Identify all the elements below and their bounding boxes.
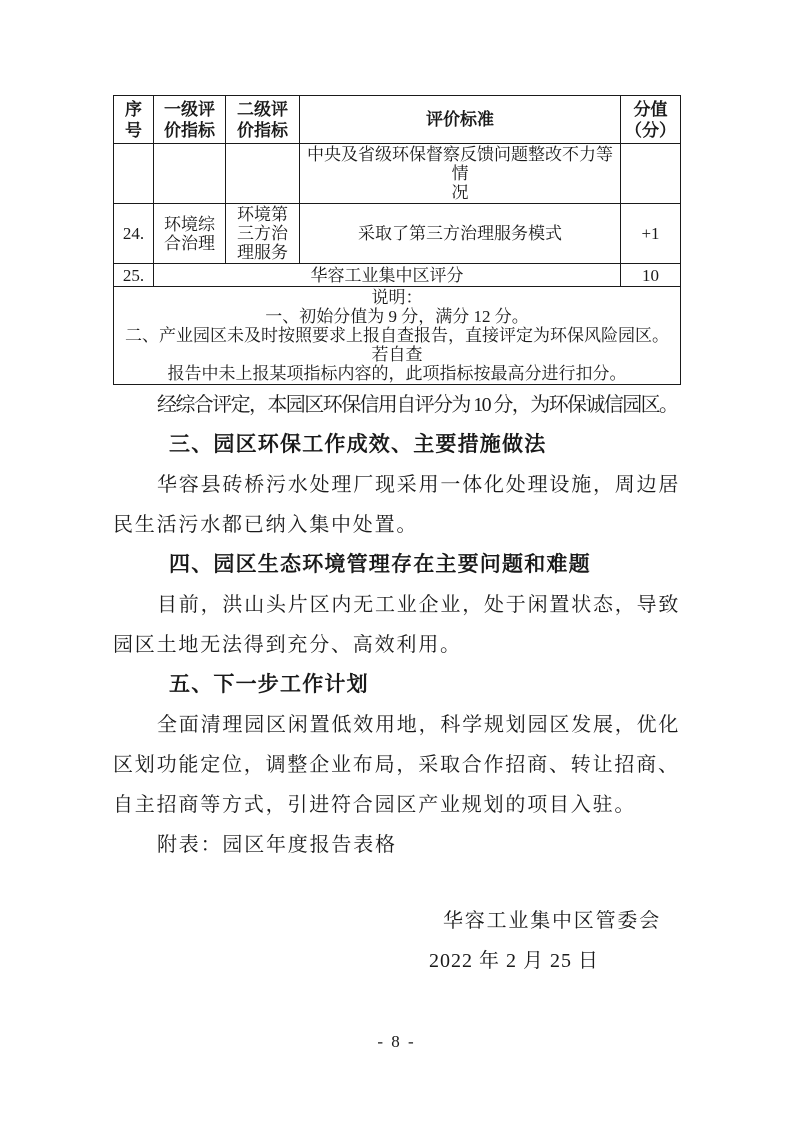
attachment-line: 附表：园区年度报告表格 — [113, 825, 680, 865]
table-header-row: 序 号 一级评 价指标 二级评 价指标 评价标准 分值 （分） — [114, 96, 681, 144]
header-level1: 一级评 价指标 — [154, 96, 226, 144]
header-criteria: 评价标准 — [300, 96, 621, 144]
section-heading-5: 五、下一步工作计划 — [113, 665, 680, 705]
section-heading-4: 四、园区生态环境管理存在主要问题和难题 — [113, 545, 680, 585]
section-text-4: 目前，洪山头片区内无工业企业，处于闲置状态，导致 园区土地无法得到充分、高效利用… — [113, 585, 680, 665]
cell-criteria: 中央及省级环保督察反馈问题整改不力等情 况 — [300, 144, 621, 204]
section-text-5: 全面清理园区闲置低效用地，科学规划园区发展，优化 区划功能定位，调整企业布局，采… — [113, 705, 680, 825]
section-heading-3: 三、园区环保工作成效、主要措施做法 — [113, 425, 680, 465]
cell-level2 — [226, 144, 300, 204]
summary-paragraph: 经综合评定，本园区环保信用自评分为 10 分，为环保诚信园区。 — [113, 385, 680, 425]
cell-criteria-merged: 华容工业集中区评分 — [154, 264, 621, 287]
cell-score: 10 — [621, 264, 681, 287]
cell-level1 — [154, 144, 226, 204]
table-row: 24. 环境综 合治理 环境第 三方治 理服务 采取了第三方治理服务模式 +1 — [114, 204, 681, 264]
header-no: 序 号 — [114, 96, 154, 144]
table-notes-row: 说明： 一、初始分值为 9 分，满分 12 分。 二、产业园区未及时按照要求上报… — [114, 287, 681, 385]
cell-no: 24. — [114, 204, 154, 264]
evaluation-table: 序 号 一级评 价指标 二级评 价指标 评价标准 分值 （分） 中央及省级环保督… — [113, 95, 681, 385]
cell-level1: 环境综 合治理 — [154, 204, 226, 264]
cell-score — [621, 144, 681, 204]
document-page: 序 号 一级评 价指标 二级评 价指标 评价标准 分值 （分） 中央及省级环保督… — [0, 0, 793, 1122]
table-row: 25. 华容工业集中区评分 10 — [114, 264, 681, 287]
cell-no — [114, 144, 154, 204]
signature-date: 2022 年 2 月 25 日 — [113, 941, 680, 981]
header-score: 分值 （分） — [621, 96, 681, 144]
signature-org: 华容工业集中区管委会 — [113, 901, 680, 941]
cell-level2: 环境第 三方治 理服务 — [226, 204, 300, 264]
cell-score: +1 — [621, 204, 681, 264]
signature-block: 华容工业集中区管委会 2022 年 2 月 25 日 — [113, 901, 680, 981]
table-notes: 说明： 一、初始分值为 9 分，满分 12 分。 二、产业园区未及时按照要求上报… — [114, 287, 681, 385]
section-text-3: 华容县砖桥污水处理厂现采用一体化处理设施，周边居 民生活污水都已纳入集中处置。 — [113, 465, 680, 545]
header-level2: 二级评 价指标 — [226, 96, 300, 144]
page-number: - 8 - — [0, 1032, 793, 1052]
cell-criteria: 采取了第三方治理服务模式 — [300, 204, 621, 264]
cell-no: 25. — [114, 264, 154, 287]
page-content: 序 号 一级评 价指标 二级评 价指标 评价标准 分值 （分） 中央及省级环保督… — [113, 95, 680, 981]
table-row: 中央及省级环保督察反馈问题整改不力等情 况 — [114, 144, 681, 204]
